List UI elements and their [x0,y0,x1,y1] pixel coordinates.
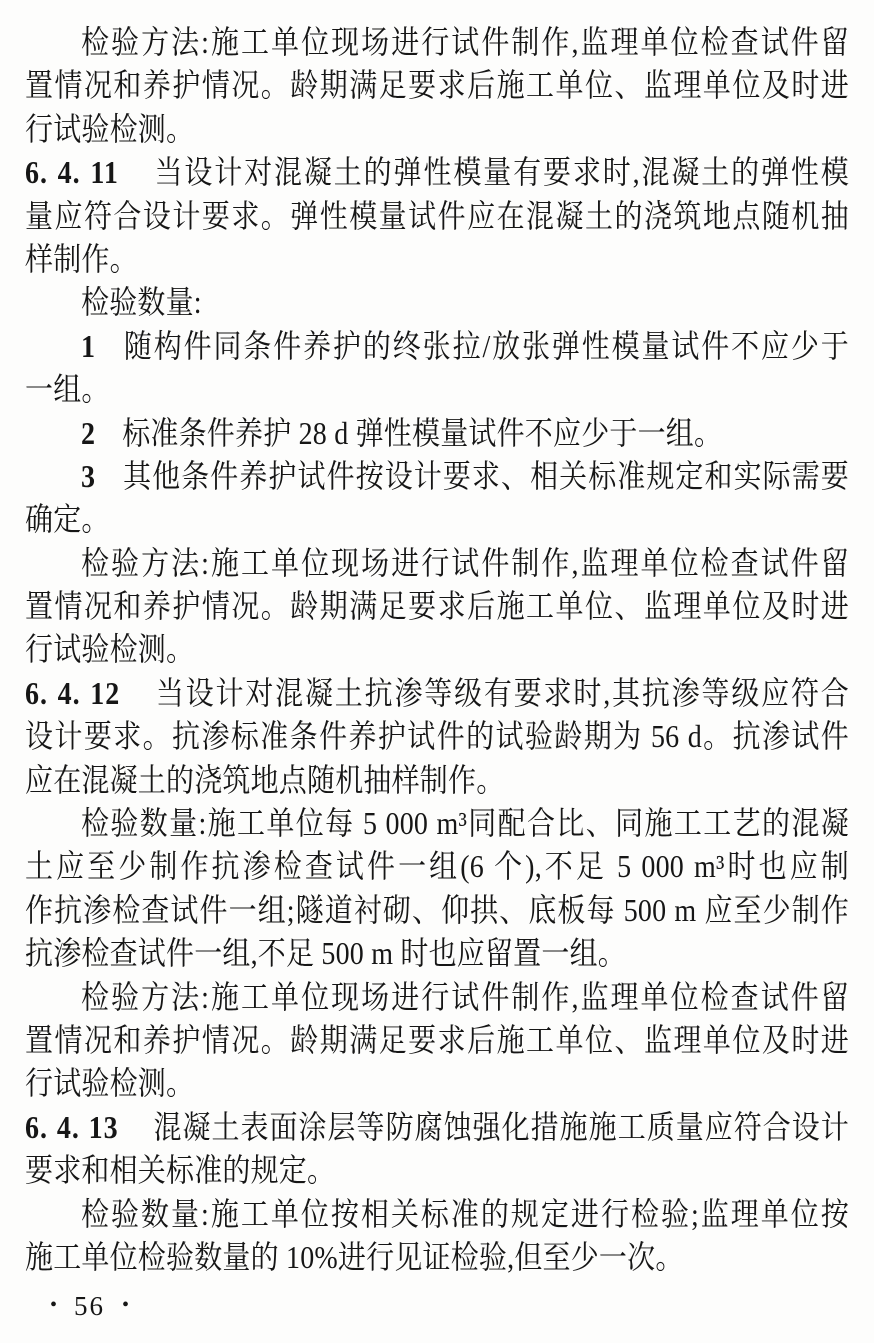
text-line: 6. 4. 11当设计对混凝土的弹性模量有要求时,混凝土的弹性模 [25,149,849,198]
text-line: 作抗渗检查试件一组;隧道衬砌、仰拱、底板每 500 m 应至少制作 [25,887,849,936]
line-text: 行试验检测。 [25,633,194,668]
text-line: 设计要求。抗渗标准条件养护试件的试验龄期为 56 d。抗渗试件 [25,713,849,762]
text-line: 土应至少制作抗渗检查试件一组(6 个),不足 5 000 m³时也应制 [25,843,849,892]
line-text: 其他条件养护试件按设计要求、相关标准规定和实际需要 [122,460,849,495]
line-text: 要求和相关标准的规定。 [25,1154,335,1189]
text-line: 6. 4. 13混凝土表面涂层等防腐蚀强化措施施工质量应符合设计 [25,1104,849,1153]
text-line: 量应符合设计要求。弹性模量试件应在混凝土的浇筑地点随机抽 [25,193,849,242]
line-text: 抗渗检查试件一组,不足 500 m 时也应留置一组。 [25,937,626,972]
item-number: 2 [81,416,95,451]
item-number: 1 [81,330,95,365]
line-text: 标准条件养护 28 d 弹性模量试件不应少于一组。 [122,416,722,451]
line-text: 检验数量:施工单位按相关标准的规定进行检验;监理单位按 [81,1197,849,1232]
text-line: 检验数量:施工单位按相关标准的规定进行检验;监理单位按 [25,1191,849,1240]
line-text: 确定。 [25,503,110,538]
line-text: 置情况和养护情况。龄期满足要求后施工单位、监理单位及时进 [25,590,849,625]
clause-number: 6. 4. 13 [25,1111,119,1146]
line-text: 样制作。 [25,243,138,278]
text-line: 样制作。 [25,236,849,285]
clause-number: 6. 4. 12 [25,677,120,712]
text-line: 1随构件同条件养护的终张拉/放张弹性模量试件不应少于 [25,323,849,372]
page-number: • 56 • [50,1286,874,1326]
line-text: 混凝土表面涂层等防腐蚀强化措施施工质量应符合设计 [153,1111,849,1146]
text-line: 3其他条件养护试件按设计要求、相关标准规定和实际需要 [25,453,849,502]
text-line: 行试验检测。 [25,626,849,675]
text-block: 检验方法:施工单位现场进行试件制作,监理单位检查试件留置情况和养护情况。龄期满足… [25,22,849,1280]
line-text: 检验数量:施工单位每 5 000 m³同配合比、同施工工艺的混凝 [81,807,849,842]
text-line: 应在混凝土的浇筑地点随机抽样制作。 [25,757,849,806]
text-line: 确定。 [25,496,849,545]
line-text: 置情况和养护情况。龄期满足要求后施工单位、监理单位及时进 [25,1024,849,1059]
line-text: 施工单位检验数量的 10%进行见证检验,但至少一次。 [25,1241,684,1276]
footer-right-dot-icon: • [122,1285,129,1325]
page-number-value: 56 [74,1286,105,1326]
line-text: 当设计对混凝土抗渗等级有要求时,其抗渗等级应符合 [154,677,849,712]
line-text: 检验方法:施工单位现场进行试件制作,监理单位检查试件留 [81,546,849,581]
text-line: 要求和相关标准的规定。 [25,1147,849,1196]
line-text: 行试验检测。 [25,1067,194,1102]
line-text: 随构件同条件养护的终张拉/放张弹性模量试件不应少于 [122,330,849,365]
text-line: 施工单位检验数量的 10%进行见证检验,但至少一次。 [25,1234,849,1283]
line-text: 土应至少制作抗渗检查试件一组(6 个),不足 5 000 m³时也应制 [25,850,849,885]
line-text: 检验数量: [81,286,202,321]
line-text: 行试验检测。 [25,113,194,148]
line-text: 作抗渗检查试件一组;隧道衬砌、仰拱、底板每 500 m 应至少制作 [25,894,849,929]
document-page: 检验方法:施工单位现场进行试件制作,监理单位检查试件留置情况和养护情况。龄期满足… [0,0,874,1343]
line-text: 量应符合设计要求。弹性模量试件应在混凝土的浇筑地点随机抽 [25,199,849,234]
text-line: 检验数量: [25,279,849,328]
text-line: 抗渗检查试件一组,不足 500 m 时也应留置一组。 [25,930,849,979]
text-line: 检验方法:施工单位现场进行试件制作,监理单位检查试件留 [25,974,849,1023]
line-text: 当设计对混凝土的弹性模量有要求时,混凝土的弹性模 [153,156,849,191]
line-text: 一组。 [25,373,110,408]
text-line: 2标准条件养护 28 d 弹性模量试件不应少于一组。 [25,409,849,458]
text-line: 行试验检测。 [25,106,849,155]
line-text: 设计要求。抗渗标准条件养护试件的试验龄期为 56 d。抗渗试件 [25,720,849,755]
item-number: 3 [81,460,95,495]
text-line: 一组。 [25,366,849,415]
footer-left-dot-icon: • [50,1285,57,1325]
line-text: 检验方法:施工单位现场进行试件制作,监理单位检查试件留 [81,26,849,61]
clause-number: 6. 4. 11 [25,156,119,191]
text-line: 检验方法:施工单位现场进行试件制作,监理单位检查试件留 [25,540,849,589]
line-text: 检验方法:施工单位现场进行试件制作,监理单位检查试件留 [81,980,849,1015]
text-line: 置情况和养护情况。龄期满足要求后施工单位、监理单位及时进 [25,62,849,111]
line-text: 应在混凝土的浇筑地点随机抽样制作。 [25,763,504,798]
text-line: 6. 4. 12当设计对混凝土抗渗等级有要求时,其抗渗等级应符合 [25,670,849,719]
text-line: 行试验检测。 [25,1060,849,1109]
line-text: 置情况和养护情况。龄期满足要求后施工单位、监理单位及时进 [25,69,849,104]
